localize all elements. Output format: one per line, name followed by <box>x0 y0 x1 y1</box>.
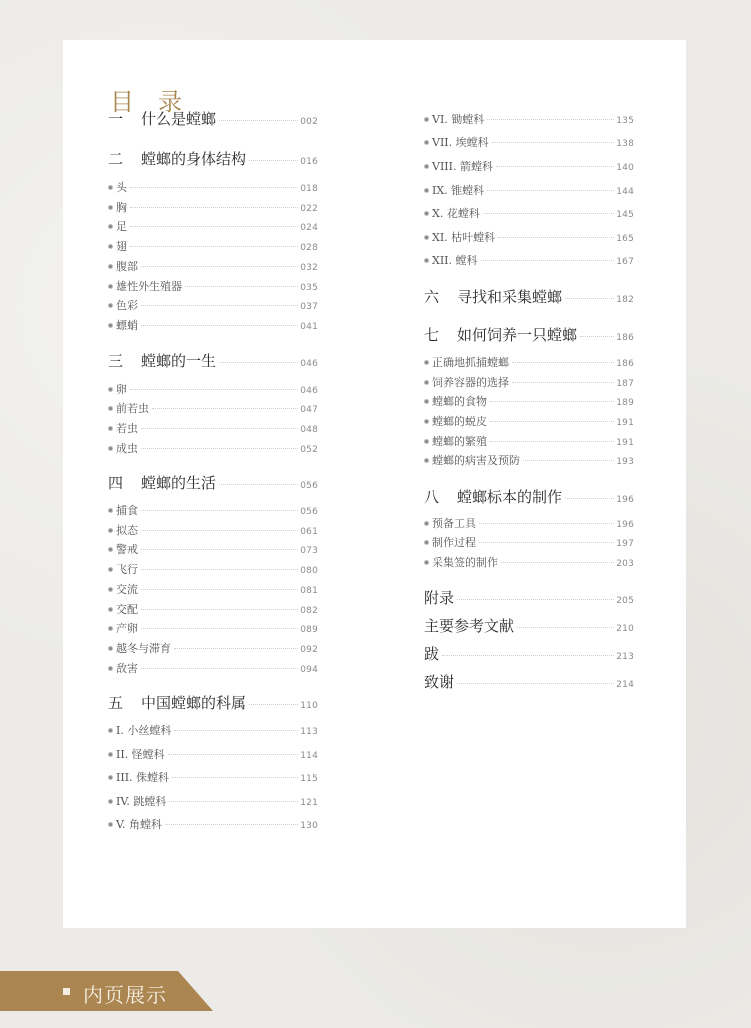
bullet-dot-icon <box>108 646 113 651</box>
toc-entry-sub[interactable]: 螳螂的病害及预防193 <box>424 452 634 468</box>
toc-entry-label: 螳螂的繁殖 <box>424 433 487 449</box>
toc-entry-sub[interactable]: 色彩037 <box>108 297 318 313</box>
dot-leader <box>565 498 614 499</box>
toc-entry-sub[interactable]: 交流081 <box>108 581 318 597</box>
page-number: 056 <box>300 507 318 517</box>
entry-title: 色彩 <box>116 299 138 312</box>
toc-entry-sub[interactable]: VIII. 箭螳科140 <box>424 158 634 174</box>
page-number: 037 <box>300 302 318 312</box>
page-number: 197 <box>616 539 634 549</box>
dot-leader <box>512 382 614 383</box>
bullet-dot-icon <box>108 528 113 533</box>
bullet-dot-icon <box>108 752 113 757</box>
toc-entry-chapter[interactable]: 四螳螂的生活056 <box>108 472 318 493</box>
page-number: 144 <box>616 187 634 197</box>
toc-entry-label: 四螳螂的生活 <box>108 472 216 493</box>
page-number: 046 <box>300 359 318 369</box>
entry-title: 中国螳螂的科属 <box>141 694 246 712</box>
toc-entry-label: 螳螂的病害及预防 <box>424 452 520 468</box>
page-number: 018 <box>300 184 318 194</box>
page-number: 110 <box>300 701 318 711</box>
dot-leader <box>501 562 614 563</box>
dot-leader <box>169 801 298 802</box>
toc-entry-sub[interactable]: 翅028 <box>108 238 318 254</box>
toc-entry-sub[interactable]: 胸022 <box>108 199 318 215</box>
toc-entry-sub[interactable]: 正确地抓捕螳螂186 <box>424 354 634 370</box>
entry-title: 飞行 <box>116 563 138 576</box>
toc-entry-label: 饲养容器的选择 <box>424 374 509 390</box>
toc-entry-label: 产卵 <box>108 620 138 636</box>
page-number: 186 <box>616 333 634 343</box>
toc-entry-label: 胸 <box>108 199 127 215</box>
toc-entry-plain[interactable]: 主要参考文献210 <box>424 615 634 636</box>
dot-leader <box>457 683 614 684</box>
toc-entry-sub[interactable]: I. 小丝螳科113 <box>108 722 318 738</box>
toc-entry-label: 五中国螳螂的科属 <box>108 692 246 713</box>
bullet-dot-icon <box>108 426 113 431</box>
toc-entry-label: 腹部 <box>108 258 138 274</box>
toc-entry-plain[interactable]: 跋213 <box>424 643 634 664</box>
toc-entry-label: 预备工具 <box>424 515 476 531</box>
toc-entry-sub[interactable]: 警戒073 <box>108 541 318 557</box>
page-number: 196 <box>616 495 634 505</box>
entry-title: 寻找和采集螳螂 <box>457 288 562 306</box>
dot-leader <box>487 119 614 120</box>
toc-entry-label: 交流 <box>108 581 138 597</box>
page-number: 073 <box>300 546 318 556</box>
dot-leader <box>185 286 298 287</box>
bullet-dot-icon <box>424 235 429 240</box>
entry-title: 采集签的制作 <box>432 556 498 569</box>
page-number: 024 <box>300 223 318 233</box>
toc-entry-label: VII. 埃螳科 <box>424 134 489 150</box>
dot-leader <box>523 460 614 461</box>
bullet-dot-icon <box>424 360 429 365</box>
chapter-number: 七 <box>424 324 457 345</box>
chapter-number: 三 <box>108 350 141 371</box>
bullet-dot-icon <box>108 775 113 780</box>
bullet-dot-icon <box>424 540 429 545</box>
entry-title: 捕食 <box>116 504 138 517</box>
toc-entry-sub[interactable]: 足024 <box>108 218 318 234</box>
page-number: 089 <box>300 625 318 635</box>
toc-entry-chapter[interactable]: 三螳螂的一生046 <box>108 350 318 371</box>
toc-entry-sub[interactable]: 交配082 <box>108 601 318 617</box>
page-number: 022 <box>300 204 318 214</box>
dot-leader <box>141 609 298 610</box>
entry-title: 螳螂标本的制作 <box>457 488 562 506</box>
toc-entry-sub[interactable]: 拟态061 <box>108 522 318 538</box>
dot-leader <box>141 305 298 306</box>
dot-leader <box>565 298 614 299</box>
dot-leader <box>481 260 615 261</box>
page-number: 121 <box>300 798 318 808</box>
page-number: 193 <box>616 457 634 467</box>
bullet-dot-icon <box>108 567 113 572</box>
toc-entry-sub[interactable]: 螵蛸041 <box>108 317 318 333</box>
dot-leader <box>219 484 298 485</box>
toc-entry-sub[interactable]: XII. 螳科167 <box>424 252 634 268</box>
toc-entry-sub[interactable]: 卵046 <box>108 381 318 397</box>
bullet-dot-icon <box>424 380 429 385</box>
entry-title: 螵蛸 <box>116 319 138 332</box>
chapter-number: 六 <box>424 286 457 307</box>
toc-entry-label: 跋 <box>424 643 439 664</box>
toc-entry-sub[interactable]: 腹部032 <box>108 258 318 274</box>
toc-entry-sub[interactable]: 螳螂的繁殖191 <box>424 433 634 449</box>
chapter-number: 二 <box>108 148 141 169</box>
toc-entry-label: 三螳螂的一生 <box>108 350 216 371</box>
bullet-dot-icon <box>108 224 113 229</box>
toc-entry-plain[interactable]: 附录205 <box>424 587 634 608</box>
entry-title: 交配 <box>116 603 138 616</box>
entry-title: 致谢 <box>424 673 454 691</box>
dot-leader <box>174 648 298 649</box>
dot-leader <box>165 824 298 825</box>
entry-title: 产卵 <box>116 622 138 635</box>
dot-leader <box>517 627 614 628</box>
dot-leader <box>490 441 614 442</box>
toc-entry-label: 七如何饲养一只螳螂 <box>424 324 577 345</box>
dot-leader <box>580 336 614 337</box>
toc-entry-chapter[interactable]: 七如何饲养一只螳螂186 <box>424 324 634 345</box>
toc-entry-sub[interactable]: 飞行080 <box>108 561 318 577</box>
page-number: 080 <box>300 566 318 576</box>
page-number: 115 <box>300 774 318 784</box>
page-number: 032 <box>300 263 318 273</box>
toc-entry-label: 正确地抓捕螳螂 <box>424 354 509 370</box>
toc-entry-label: 警戒 <box>108 541 138 557</box>
square-bullet-icon <box>63 988 70 995</box>
banner-label: 内页展示 <box>83 979 167 1008</box>
dot-leader <box>219 120 298 121</box>
toc-entry-sub[interactable]: 产卵089 <box>108 620 318 636</box>
entry-title: XII. 螳科 <box>432 254 478 267</box>
bullet-dot-icon <box>424 521 429 526</box>
bullet-dot-icon <box>108 264 113 269</box>
page-number: 140 <box>616 163 634 173</box>
toc-entry-label: 六寻找和采集螳螂 <box>424 286 562 307</box>
toc-entry-label: 足 <box>108 218 127 234</box>
dot-leader <box>172 777 298 778</box>
entry-title: I. 小丝螳科 <box>116 724 171 737</box>
page-number: 213 <box>616 652 634 662</box>
toc-entry-sub[interactable]: 越冬与滞育092 <box>108 640 318 656</box>
toc-entry-label: 附录 <box>424 587 454 608</box>
page-number: 035 <box>300 283 318 293</box>
page-number: 205 <box>616 596 634 606</box>
toc-entry-sub[interactable]: V. 角螳科130 <box>108 816 318 832</box>
chapter-number: 一 <box>108 108 141 129</box>
chapter-number: 四 <box>108 472 141 493</box>
dot-leader <box>141 549 298 550</box>
bullet-dot-icon <box>424 458 429 463</box>
toc-entry-chapter[interactable]: 二螳螂的身体结构016 <box>108 148 318 169</box>
page-number: 092 <box>300 645 318 655</box>
toc-entry-chapter[interactable]: 六寻找和采集螳螂182 <box>424 286 634 307</box>
entry-title: 如何饲养一只螳螂 <box>457 326 577 344</box>
toc-entry-label: 二螳螂的身体结构 <box>108 148 246 169</box>
dot-leader <box>442 655 614 656</box>
entry-title: 什么是螳螂 <box>141 110 216 128</box>
bullet-dot-icon <box>424 560 429 565</box>
entry-title: 越冬与滞育 <box>116 642 171 655</box>
toc-entry-sub[interactable]: IV. 跳螳科121 <box>108 793 318 809</box>
dot-leader <box>130 246 298 247</box>
entry-title: 敌害 <box>116 662 138 675</box>
dot-leader <box>141 428 298 429</box>
entry-title: 前若虫 <box>116 402 149 415</box>
dot-leader <box>141 266 298 267</box>
page-number: 113 <box>300 727 318 737</box>
entry-title: 翅 <box>116 240 127 253</box>
dot-leader <box>141 325 298 326</box>
toc-entry-label: 头 <box>108 179 127 195</box>
toc-entry-sub[interactable]: 成虫052 <box>108 440 318 456</box>
bullet-dot-icon <box>424 140 429 145</box>
page-number: 048 <box>300 425 318 435</box>
page-number: 047 <box>300 405 318 415</box>
page-number: 138 <box>616 139 634 149</box>
bullet-dot-icon <box>108 547 113 552</box>
toc-entry-sub[interactable]: 饲养容器的选择187 <box>424 374 634 390</box>
dot-leader <box>130 389 298 390</box>
entry-title: IV. 跳螳科 <box>116 795 166 808</box>
entry-title: 螳螂的身体结构 <box>141 150 246 168</box>
toc-entry-chapter[interactable]: 八螳螂标本的制作196 <box>424 486 634 507</box>
toc-entry-label: V. 角螳科 <box>108 816 162 832</box>
page-number: 165 <box>616 234 634 244</box>
entry-title: 卵 <box>116 383 127 396</box>
toc-entry-label: IV. 跳螳科 <box>108 793 166 809</box>
dot-leader <box>490 401 614 402</box>
entry-title: 螳螂的一生 <box>141 352 216 370</box>
page-number: 196 <box>616 520 634 530</box>
dot-leader <box>141 589 298 590</box>
dot-leader <box>498 237 614 238</box>
bullet-dot-icon <box>108 446 113 451</box>
dot-leader <box>152 408 298 409</box>
toc-entry-label: 螳螂的蜕皮 <box>424 413 487 429</box>
toc-entry-label: 致谢 <box>424 671 454 692</box>
toc-entry-label: 色彩 <box>108 297 138 313</box>
entry-title: 附录 <box>424 589 454 607</box>
bullet-dot-icon <box>424 258 429 263</box>
page-number: 182 <box>616 295 634 305</box>
page-number: 061 <box>300 527 318 537</box>
toc-entry-label: III. 侏螳科 <box>108 769 169 785</box>
page-number: 082 <box>300 606 318 616</box>
bullet-dot-icon <box>108 822 113 827</box>
entry-title: 螳螂的繁殖 <box>432 435 487 448</box>
bullet-dot-icon <box>108 406 113 411</box>
bullet-dot-icon <box>424 211 429 216</box>
page-number: 041 <box>300 322 318 332</box>
entry-title: 制作过程 <box>432 536 476 549</box>
page-number: 145 <box>616 210 634 220</box>
page-number: 046 <box>300 386 318 396</box>
toc-entry-sub[interactable]: 采集签的制作203 <box>424 554 634 570</box>
toc-page: 目录 一什么是螳螂002二螳螂的身体结构016头018胸022足024翅028腹… <box>63 40 686 928</box>
toc-entry-sub[interactable]: 预备工具196 <box>424 515 634 531</box>
toc-entry-label: XI. 枯叶螳科 <box>424 229 495 245</box>
entry-title: X. 花螳科 <box>432 207 480 220</box>
entry-title: II. 怪螳科 <box>116 748 165 761</box>
page-number: 114 <box>300 751 318 761</box>
entry-title: VI. 锄螳科 <box>432 113 484 126</box>
page-number: 081 <box>300 586 318 596</box>
page-number: 191 <box>616 438 634 448</box>
bullet-dot-icon <box>108 387 113 392</box>
toc-entry-label: 螳螂的食物 <box>424 393 487 409</box>
entry-title: 螳螂的食物 <box>432 395 487 408</box>
toc-entry-label: 交配 <box>108 601 138 617</box>
page-number: 214 <box>616 680 634 690</box>
dot-leader <box>130 187 298 188</box>
toc-entry-label: 螵蛸 <box>108 317 138 333</box>
entry-title: 螳螂的蜕皮 <box>432 415 487 428</box>
dot-leader <box>141 530 298 531</box>
toc-entry-label: X. 花螳科 <box>424 205 480 221</box>
page-number: 187 <box>616 379 634 389</box>
toc-entry-label: 成虫 <box>108 440 138 456</box>
dot-leader <box>141 628 298 629</box>
toc-entry-label: 八螳螂标本的制作 <box>424 486 562 507</box>
entry-title: 雄性外生殖器 <box>116 280 182 293</box>
bullet-dot-icon <box>108 607 113 612</box>
dot-leader <box>130 207 298 208</box>
toc-entry-sub[interactable]: VII. 埃螳科138 <box>424 134 634 150</box>
page-number: 191 <box>616 418 634 428</box>
page-number: 135 <box>616 116 634 126</box>
toc-entry-sub[interactable]: II. 怪螳科114 <box>108 746 318 762</box>
dot-leader <box>219 362 298 363</box>
toc-entry-label: IX. 锥螳科 <box>424 182 484 198</box>
page-number: 189 <box>616 398 634 408</box>
dot-leader <box>141 668 298 669</box>
entry-title: 若虫 <box>116 422 138 435</box>
dot-leader <box>249 704 298 705</box>
toc-entry-sub[interactable]: XI. 枯叶螳科165 <box>424 229 634 245</box>
bullet-dot-icon <box>108 508 113 513</box>
bullet-dot-icon <box>108 205 113 210</box>
dot-leader <box>512 362 614 363</box>
entry-title: 胸 <box>116 201 127 214</box>
entry-title: IX. 锥螳科 <box>432 184 484 197</box>
toc-entry-sub[interactable]: 螳螂的蜕皮191 <box>424 413 634 429</box>
toc-entry-label: 捕食 <box>108 502 138 518</box>
dot-leader <box>174 730 298 731</box>
dot-leader <box>141 448 298 449</box>
page-number: 186 <box>616 359 634 369</box>
dot-leader <box>141 569 298 570</box>
toc-entry-sub[interactable]: X. 花螳科145 <box>424 205 634 221</box>
toc-entry-label: 一什么是螳螂 <box>108 108 216 129</box>
entry-title: 预备工具 <box>432 517 476 530</box>
toc-entry-label: 若虫 <box>108 420 138 436</box>
toc-entry-label: 敌害 <box>108 660 138 676</box>
bullet-dot-icon <box>424 419 429 424</box>
toc-entry-sub[interactable]: 头018 <box>108 179 318 195</box>
entry-title: VII. 埃螳科 <box>432 136 489 149</box>
bullet-dot-icon <box>108 303 113 308</box>
dot-leader <box>249 160 298 161</box>
page-number: 016 <box>300 157 318 167</box>
toc-entry-label: XII. 螳科 <box>424 252 478 268</box>
entry-title: 腹部 <box>116 260 138 273</box>
page-number: 052 <box>300 445 318 455</box>
toc-entry-label: II. 怪螳科 <box>108 746 165 762</box>
entry-title: 饲养容器的选择 <box>432 376 509 389</box>
toc-entry-chapter[interactable]: 五中国螳螂的科属110 <box>108 692 318 713</box>
entry-title: 拟态 <box>116 524 138 537</box>
toc-entry-sub[interactable]: VI. 锄螳科135 <box>424 111 634 127</box>
toc-entry-sub[interactable]: 若虫048 <box>108 420 318 436</box>
toc-entry-sub[interactable]: 捕食056 <box>108 502 318 518</box>
bullet-dot-icon <box>424 439 429 444</box>
page-number: 210 <box>616 624 634 634</box>
page-number: 002 <box>300 117 318 127</box>
dot-leader <box>490 421 614 422</box>
toc-entry-sub[interactable]: IX. 锥螳科144 <box>424 182 634 198</box>
toc-entry-sub[interactable]: III. 侏螳科115 <box>108 769 318 785</box>
toc-entry-label: 前若虫 <box>108 400 149 416</box>
bullet-dot-icon <box>108 587 113 592</box>
page-number: 056 <box>300 481 318 491</box>
bullet-dot-icon <box>424 399 429 404</box>
dot-leader <box>479 542 614 543</box>
entry-title: 主要参考文献 <box>424 617 514 635</box>
toc-entry-chapter[interactable]: 一什么是螳螂002 <box>108 108 318 129</box>
page-number: 130 <box>300 821 318 831</box>
dot-leader <box>457 599 614 600</box>
toc-entry-label: 越冬与滞育 <box>108 640 171 656</box>
bullet-dot-icon <box>424 117 429 122</box>
toc-entry-label: 主要参考文献 <box>424 615 514 636</box>
dot-leader <box>130 226 298 227</box>
entry-title: 跋 <box>424 645 439 663</box>
page-number: 167 <box>616 257 634 267</box>
toc-entry-plain[interactable]: 致谢214 <box>424 671 634 692</box>
entry-title: 交流 <box>116 583 138 596</box>
bullet-dot-icon <box>108 626 113 631</box>
bullet-dot-icon <box>108 323 113 328</box>
bullet-dot-icon <box>108 666 113 671</box>
toc-entry-sub[interactable]: 敌害094 <box>108 660 318 676</box>
bullet-dot-icon <box>108 799 113 804</box>
page-number: 028 <box>300 243 318 253</box>
entry-title: III. 侏螳科 <box>116 771 169 784</box>
entry-title: 螳螂的生活 <box>141 474 216 492</box>
toc-entry-sub[interactable]: 制作过程197 <box>424 534 634 550</box>
dot-leader <box>168 754 299 755</box>
bullet-dot-icon <box>424 164 429 169</box>
entry-title: 正确地抓捕螳螂 <box>432 356 509 369</box>
entry-title: 警戒 <box>116 543 138 556</box>
toc-entry-sub[interactable]: 螳螂的食物189 <box>424 393 634 409</box>
section-banner: 内页展示 <box>0 971 213 1011</box>
chapter-number: 五 <box>108 692 141 713</box>
entry-title: V. 角螳科 <box>116 818 162 831</box>
toc-entry-sub[interactable]: 前若虫047 <box>108 400 318 416</box>
page-number: 203 <box>616 559 634 569</box>
entry-title: VIII. 箭螳科 <box>432 160 493 173</box>
dot-leader <box>492 142 615 143</box>
bullet-dot-icon <box>108 244 113 249</box>
dot-leader <box>483 213 614 214</box>
toc-entry-sub[interactable]: 雄性外生殖器035 <box>108 278 318 294</box>
entry-title: 足 <box>116 220 127 233</box>
